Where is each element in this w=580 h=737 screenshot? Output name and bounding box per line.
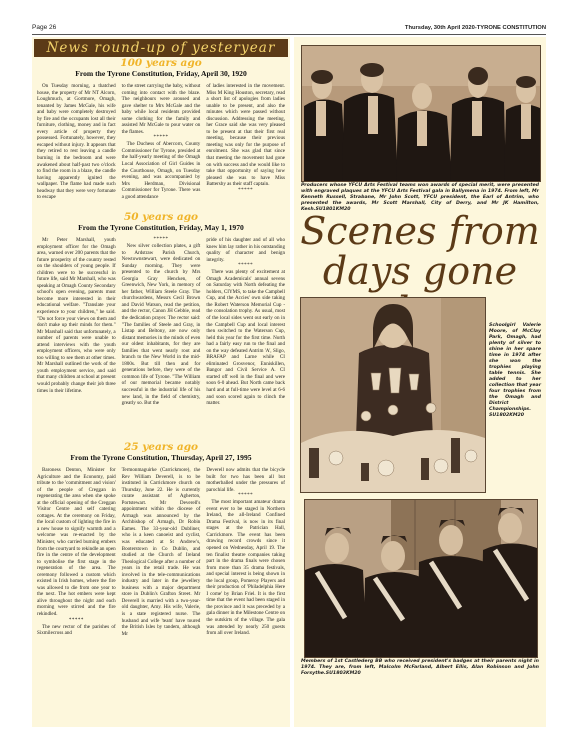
section-source-heading: From the Tyrone Constitution, Friday, Ma… <box>32 223 290 233</box>
paragraph: Baroness Denton, Minister for Agricultur… <box>37 467 116 618</box>
paragraph: Termonmaguirke (Carrickmore), the Rev Wi… <box>122 467 201 637</box>
article-column: On Tuesday morning, a thatched house, th… <box>37 83 116 211</box>
article-column: Deverell now admits that the bicycle bui… <box>206 467 285 637</box>
article-column: to the street carrying the baby, without… <box>122 83 201 211</box>
section-100-years: 100 years ago From the Tyrone Constituti… <box>32 57 290 211</box>
article-column: Mr Peter Marshall, youth employment offi… <box>37 237 116 441</box>
article-column: of ladies interested in the movement. Mi… <box>206 83 285 211</box>
article-column: ***** New silver collection plates, a gi… <box>122 237 201 441</box>
paragraph: Deverell now admits that the bicycle bui… <box>206 467 285 493</box>
photo-image <box>302 46 540 181</box>
section-50-years: 50 years ago From the Tyrone Constitutio… <box>32 211 290 441</box>
masthead: Thursday, 30th April 2020-TYRONE CONSTIT… <box>405 25 546 31</box>
photo-image <box>301 298 485 492</box>
paragraph: The Duchess of Abercorn, County Commissi… <box>122 141 201 200</box>
page-number: Page 26 <box>32 24 56 31</box>
section-source-heading: From the Tyrone Constitution, Friday, Ap… <box>32 69 290 79</box>
photo-image <box>305 500 537 657</box>
photo-valerie-moore-trophies <box>300 297 486 493</box>
article-column: pride of his daughter and of all who kne… <box>206 237 285 441</box>
page-header: Page 26 Thursday, 30th April 2020-TYRONE… <box>32 22 546 35</box>
paragraph: of ladies interested in the movement. Mi… <box>206 83 285 188</box>
banner-title: News round-up of yesteryear <box>46 40 275 56</box>
paragraph: pride of his daughter and of all who kne… <box>206 237 285 263</box>
photo-arts-festival-producers <box>301 45 541 182</box>
section-ago-label: 25 years ago <box>32 441 290 453</box>
paragraph: Mr Peter Marshall, youth employment offi… <box>37 237 116 394</box>
paragraph: to the street carrying the baby, without… <box>122 83 201 135</box>
paragraph: There was plenty of excitement at Omagh … <box>206 269 285 406</box>
news-roundup-panel: News round-up of yesteryear 100 years ag… <box>32 37 290 727</box>
article-column: Baroness Denton, Minister for Agricultur… <box>37 467 116 637</box>
separator-stars: ***** <box>206 188 285 194</box>
paragraph: New silver collection plates, a gift to … <box>122 243 201 407</box>
paragraph: On Tuesday morning, a thatched house, th… <box>37 83 116 201</box>
photo-caption: Schoolgirl Valerie Moore, of McClay Park… <box>489 323 541 419</box>
section-ago-label: 50 years ago <box>32 211 290 223</box>
scenes-title-line1: Scenes from <box>294 211 546 251</box>
paragraph: The new rector of the parishes of Sixmil… <box>37 624 116 637</box>
section-25-years: 25 years ago From the Tyrone Constitutio… <box>32 441 290 637</box>
section-source-heading: From the Tyrone Constitution, Thursday, … <box>32 453 290 463</box>
paragraph: The most important amateur drama event e… <box>206 499 285 636</box>
section-ago-label: 100 years ago <box>32 57 290 69</box>
news-banner: News round-up of yesteryear <box>34 39 288 57</box>
photo-castlederg-bb-members <box>304 499 538 658</box>
photo-caption: Members of 1st Castlederg BB who receive… <box>301 659 539 677</box>
article-column: Termonmaguirke (Carrickmore), the Rev Wi… <box>122 467 201 637</box>
scenes-panel: Producers whose YFCU Arts Festival teams… <box>294 37 546 727</box>
